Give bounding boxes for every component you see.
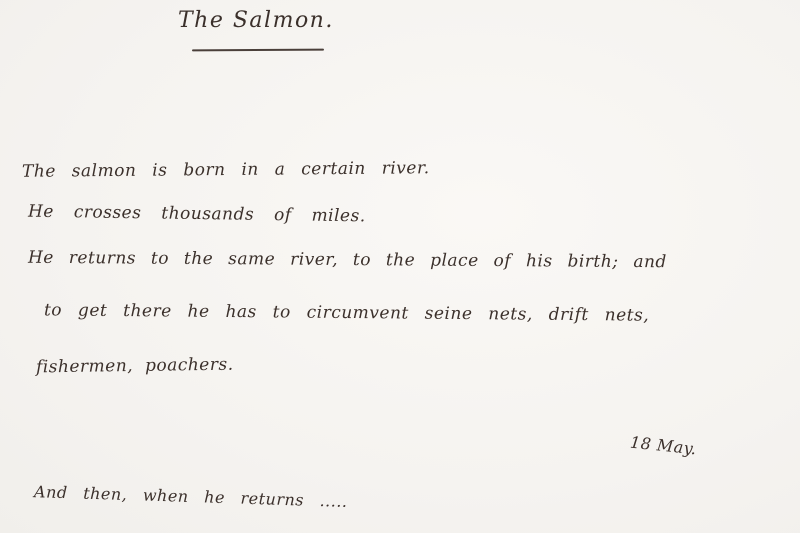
title-underline	[192, 49, 324, 52]
poem-title: The Salmon.	[178, 8, 334, 33]
poem-line-3: He returns to the same river, to the pla…	[28, 248, 667, 272]
date-note: 18 May.	[629, 433, 697, 459]
handwritten-page: The Salmon. The salmon is born in a cert…	[0, 0, 800, 533]
poem-line-5: fishermen, poachers.	[36, 355, 234, 378]
poem-line-1: The salmon is born in a certain river.	[22, 158, 430, 182]
closing-line: And then, when he returns .....	[34, 482, 348, 511]
poem-line-2: He crosses thousands of miles.	[28, 202, 366, 227]
poem-line-4: to get there he has to circumvent seine …	[44, 300, 649, 325]
